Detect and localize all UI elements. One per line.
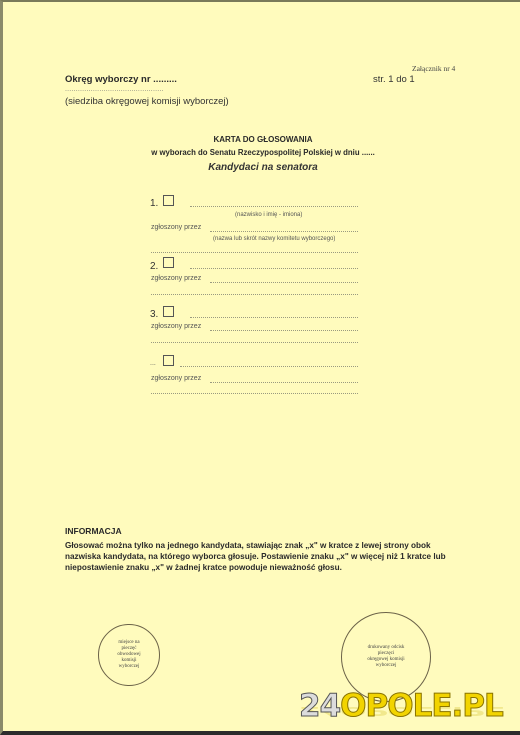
stamp-left-text: miejsce na pieczęć obwodowej komisji wyb… xyxy=(117,640,140,670)
watermark-part1: 24 xyxy=(299,688,340,724)
vote-checkbox[interactable] xyxy=(163,355,174,366)
ballot-title: KARTA DO GŁOSOWANIA xyxy=(3,135,520,144)
watermark-logo: 24OPOLE.PL xyxy=(299,690,503,722)
seat-dotted-line: ........................................… xyxy=(65,86,164,93)
annex-label: Załącznik nr 4 xyxy=(412,64,455,73)
info-text: Głosować można tylko na jednego kandydat… xyxy=(65,540,465,573)
vote-checkbox[interactable] xyxy=(163,306,174,317)
candidate-number: 3. xyxy=(150,309,158,320)
separator-line xyxy=(151,342,358,343)
seat-label: (siedziba okręgowej komisji wyborczej) xyxy=(65,96,229,107)
submitted-by-label: zgłoszony przez xyxy=(151,275,201,282)
candidate-number: ... xyxy=(150,360,156,367)
commission-stamp-left: miejsce na pieczęć obwodowej komisji wyb… xyxy=(98,624,160,686)
separator-line xyxy=(151,252,358,253)
watermark-part2: OPOLE.PL xyxy=(340,688,503,724)
separator-line xyxy=(151,294,358,295)
separator-line xyxy=(151,393,358,394)
page-number: str. 1 do 1 xyxy=(373,74,415,85)
stamp-right-text: drukowany odcisk pieczęci okręgowej komi… xyxy=(367,645,404,669)
ballot-page: Załącznik nr 4 Okręg wyborczy nr .......… xyxy=(0,0,520,735)
candidate-name-line xyxy=(190,317,358,318)
submitted-by-label: zgłoszony przez xyxy=(151,224,201,231)
submitted-by-label: zgłoszony przez xyxy=(151,323,201,330)
candidate-number: 1. xyxy=(150,198,158,209)
candidate-number: 2. xyxy=(150,261,158,272)
committee-hint: (nazwa lub skrót nazwy komitetu wyborcze… xyxy=(213,236,335,242)
submitted-by-label: zgłoszony przez xyxy=(151,375,201,382)
candidate-name-line xyxy=(190,206,358,207)
candidate-name-line xyxy=(190,268,358,269)
info-heading: INFORMACJA xyxy=(65,526,122,536)
candidate-name-line xyxy=(180,366,358,367)
committee-line xyxy=(210,282,358,283)
name-hint: (nazwisko i imię - imiona) xyxy=(235,212,302,218)
district-label: Okręg wyborczy nr ......... xyxy=(65,74,177,85)
committee-line xyxy=(210,382,358,383)
vote-checkbox[interactable] xyxy=(163,195,174,206)
ballot-subtitle: w wyborach do Senatu Rzeczypospolitej Po… xyxy=(3,148,520,157)
vote-checkbox[interactable] xyxy=(163,257,174,268)
committee-line xyxy=(210,330,358,331)
committee-line xyxy=(210,231,358,232)
ballot-section-title: Kandydaci na senatora xyxy=(3,162,520,173)
